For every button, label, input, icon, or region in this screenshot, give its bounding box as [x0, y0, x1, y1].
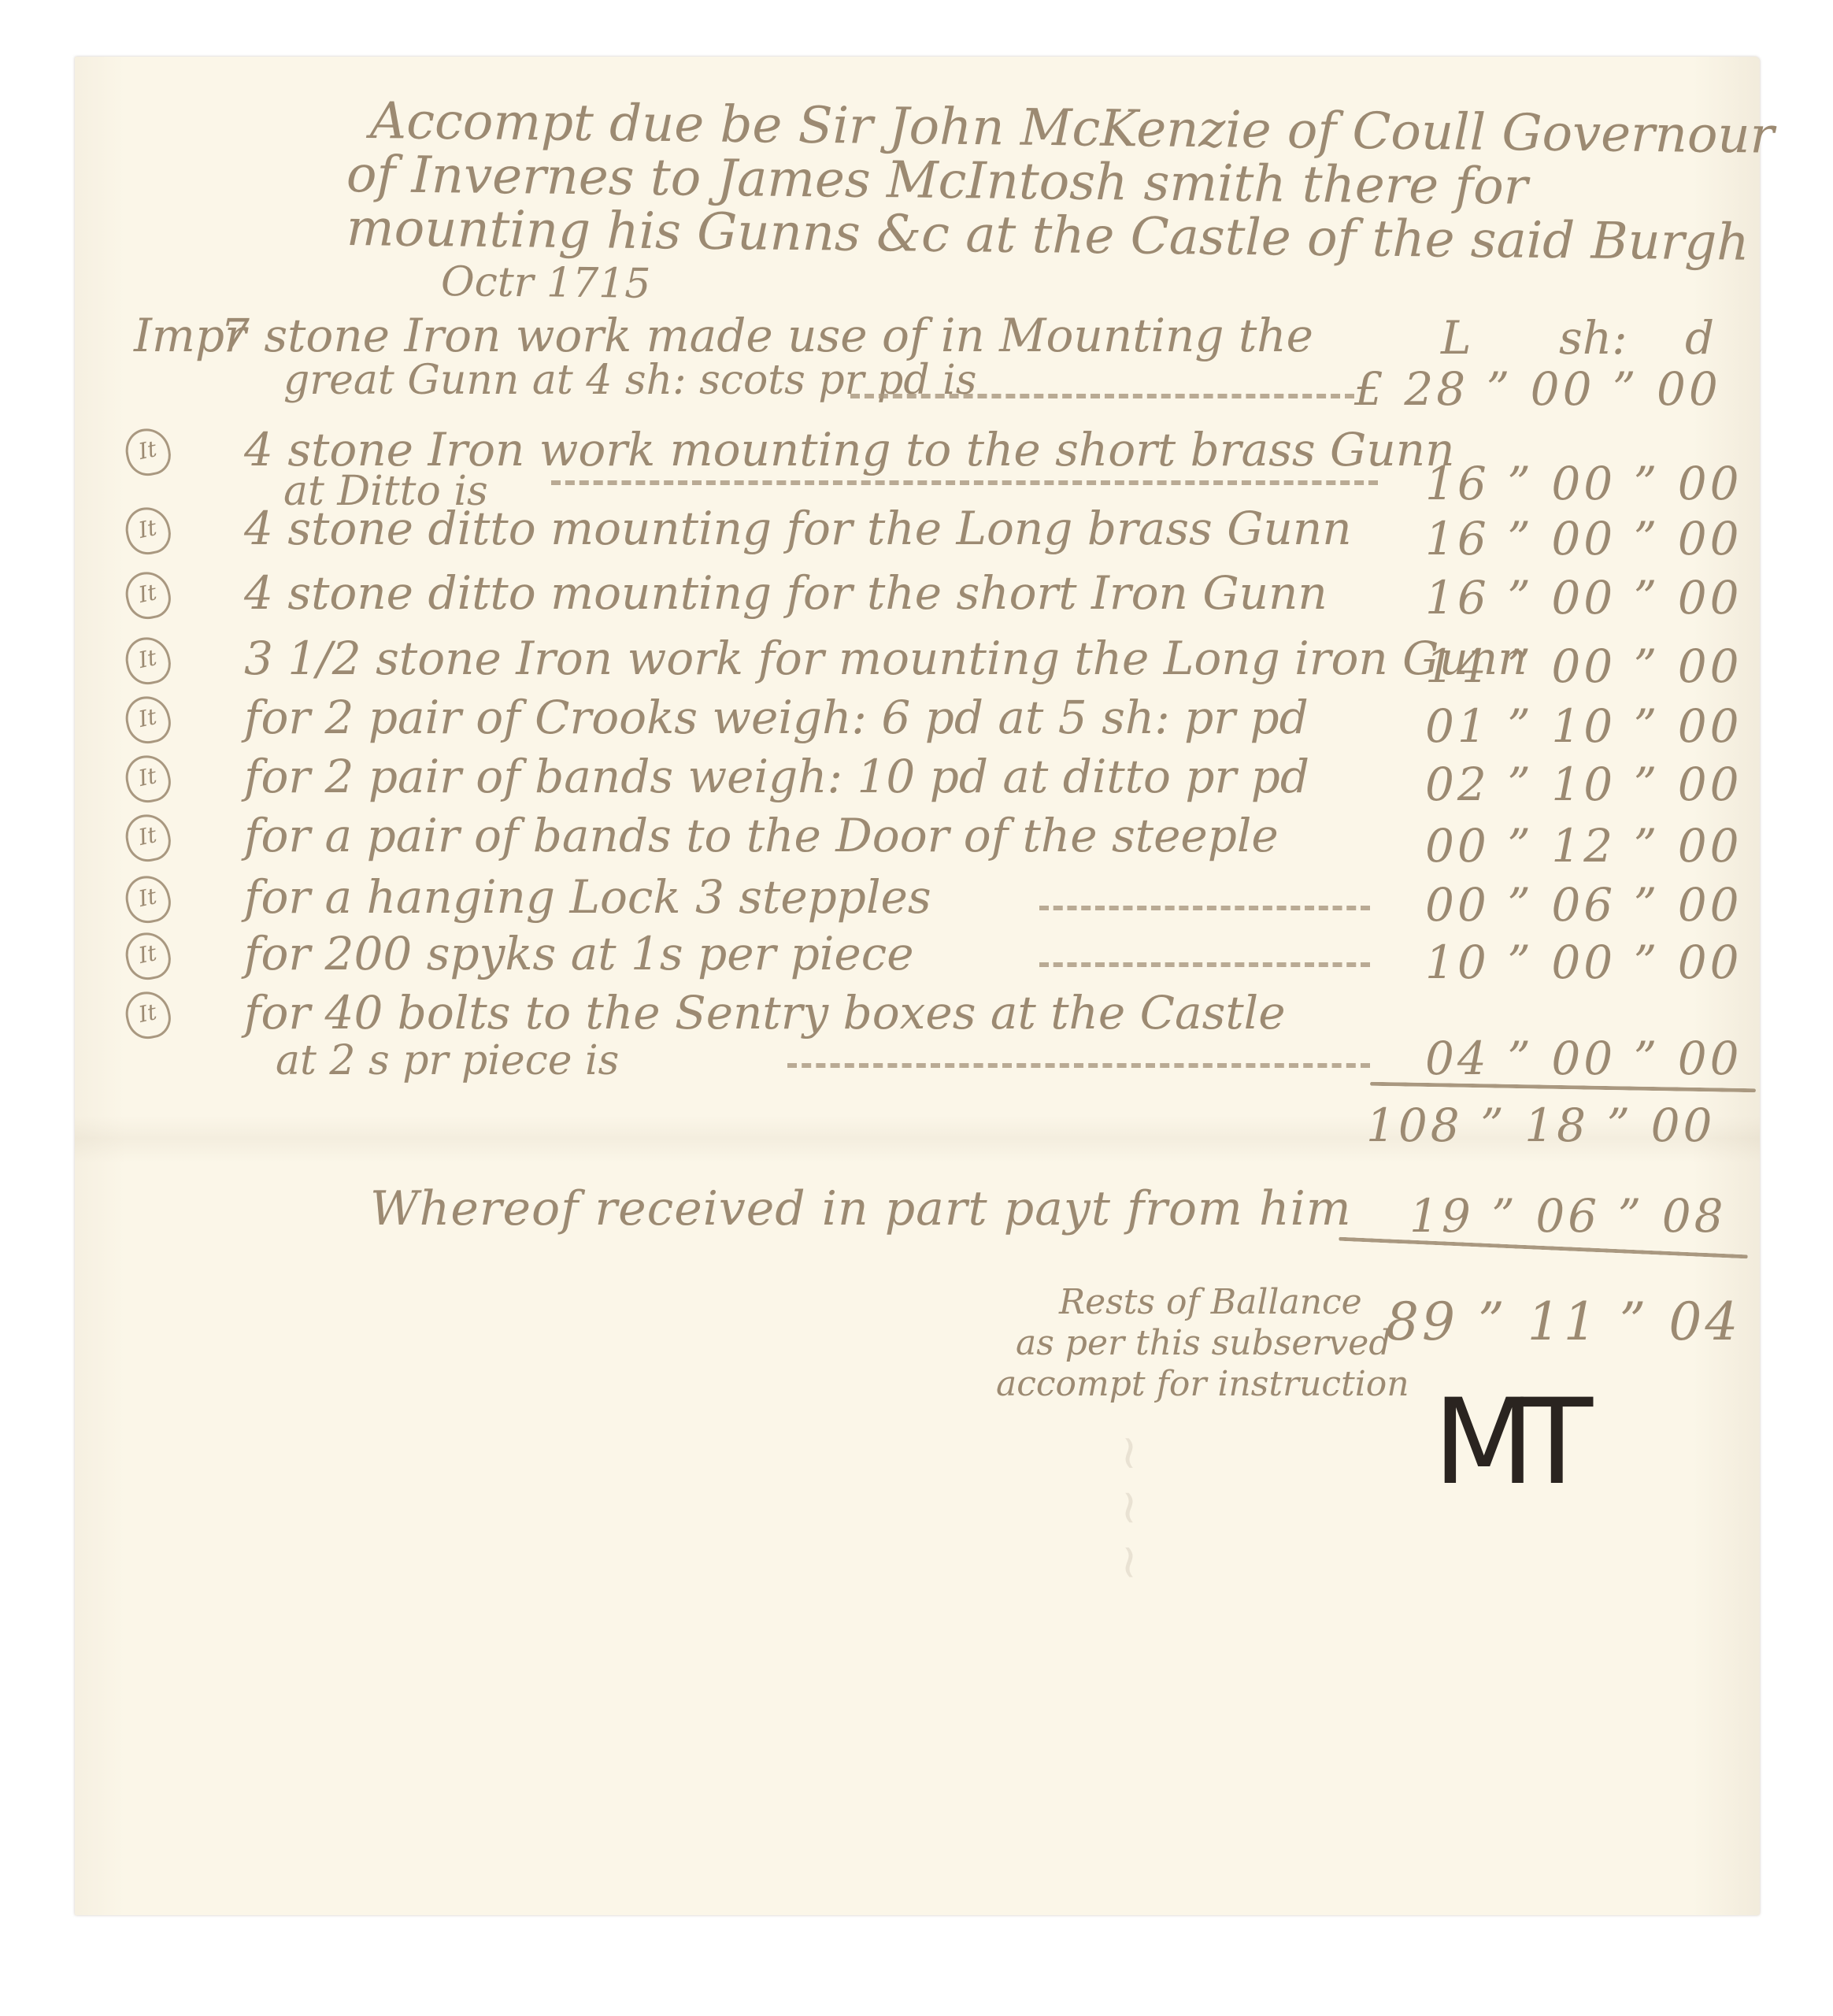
leader-dashes [787, 1063, 1370, 1073]
entry-amount: 16 ” 00 ” 00 [1425, 512, 1742, 565]
entry-description: for 2 pair of bands weigh: 10 pd at ditt… [244, 752, 1309, 801]
entry-amount: 10 ” 00 ” 00 [1425, 936, 1742, 989]
item-mark-icon: It [121, 988, 174, 1043]
entry-amount: 04 ” 00 ” 00 [1425, 1032, 1742, 1085]
amount-shillings: 10 [1551, 699, 1616, 753]
amount-shillings: 00 [1551, 571, 1616, 624]
balance-amount: 89 ” 11 ” 04 [1386, 1291, 1741, 1352]
amount-shillings: 00 [1551, 1032, 1616, 1085]
amount-pence: 00 [1678, 758, 1742, 811]
amount-pence: 00 [1678, 699, 1742, 753]
entry-amount: 00 ” 06 ” 00 [1425, 878, 1742, 932]
amount-pence: 00 [1678, 936, 1742, 989]
entry-description: for 200 spyks at 1s per piece [244, 929, 914, 978]
amount-shillings: 00 [1551, 457, 1616, 510]
entry-description: for a pair of bands to the Door of the s… [244, 811, 1279, 860]
entry-description: for 40 bolts to the Sentry boxes at the … [244, 988, 1286, 1037]
amount-pounds: 00 [1425, 819, 1490, 873]
entry-amount: 00 ” 12 ” 00 [1425, 819, 1742, 873]
balance-label-line-2: as per this subserved [1016, 1325, 1390, 1362]
item-mark-icon: It [121, 928, 174, 984]
amount-pounds: 04 [1425, 1032, 1490, 1085]
leader-dashes [1039, 906, 1370, 915]
amount-shillings: 00 [1551, 639, 1616, 693]
received-label: Whereof received in part payt from him [370, 1181, 1352, 1236]
entry-description: 7 stone Iron work made use of in Mountin… [220, 311, 1313, 360]
amount-pounds: 00 [1425, 878, 1490, 932]
item-mark-icon: It [121, 751, 174, 806]
amount-shillings: 00 [1551, 936, 1616, 989]
amount-pounds: 10 [1425, 936, 1490, 989]
entry-amount: 16 ” 00 ” 00 [1425, 457, 1742, 510]
item-mark-icon: It [121, 810, 174, 865]
total-pounds: 108 [1366, 1099, 1463, 1152]
entry-amount: 16 ” 00 ” 00 [1425, 571, 1742, 624]
entry-amount: 01 ” 10 ” 00 [1425, 699, 1742, 753]
amount-shillings: 12 [1551, 819, 1616, 873]
entry-amount: 02 ” 10 ” 00 [1425, 758, 1742, 811]
balance-pence: 04 [1668, 1291, 1741, 1352]
leader-dashes [551, 480, 1378, 490]
account-heading: Accompt due be Sir John McKenzie of Coul… [370, 94, 1748, 309]
amount-pence: 00 [1678, 571, 1742, 624]
entry-description: 4 stone ditto mounting for the Long bras… [244, 504, 1352, 553]
amount-pence: 00 [1678, 512, 1742, 565]
amount-pounds: 16 [1425, 571, 1490, 624]
amount-pence: 00 [1678, 1032, 1742, 1085]
entry-description: 4 stone Iron work mounting to the short … [244, 425, 1454, 474]
amount-pence: 00 [1678, 878, 1742, 932]
amount-pounds: 01 [1425, 699, 1490, 753]
leader-dashes [1039, 962, 1370, 972]
leader-dashes [850, 394, 1354, 403]
entry-amount: £ 28 ” 00 ” 00 [1354, 362, 1721, 416]
amount-pounds: 16 [1425, 512, 1490, 565]
received-pence: 08 [1662, 1189, 1727, 1243]
entry-description-cont: at 2 s pr piece is [276, 1039, 619, 1083]
account-entry: Impr 7 stone Iron work made use of in Mo… [126, 311, 1748, 369]
show-through-ink: ~ ~ ~ [1102, 1433, 1157, 1582]
amount-shillings: 06 [1551, 878, 1616, 932]
amount-pence: 00 [1678, 457, 1742, 510]
entry-description: for 2 pair of Crooks weigh: 6 pd at 5 sh… [244, 693, 1309, 742]
received-shillings: 06 [1535, 1189, 1600, 1243]
entry-description: 3 1/2 stone Iron work for mounting the L… [244, 634, 1527, 683]
signature-mark: MT [1433, 1374, 1579, 1511]
balance-label-line-3: accompt for instruction [996, 1366, 1409, 1403]
amount-pounds: 02 [1425, 758, 1490, 811]
amount-pounds: 14 [1425, 639, 1490, 693]
amount-pounds: 16 [1425, 457, 1490, 510]
received-pounds: 19 [1409, 1189, 1474, 1243]
entry-amount: 14 ” 00 ” 00 [1425, 639, 1742, 693]
amount-pence: 00 [1657, 362, 1721, 416]
item-mark-icon: It [121, 424, 174, 480]
balance-shillings: 11 [1527, 1291, 1600, 1352]
total-shillings: 18 [1524, 1099, 1589, 1152]
item-mark-icon: It [121, 503, 174, 558]
amount-shillings: 00 [1531, 362, 1595, 416]
total-pence: 00 [1651, 1099, 1716, 1152]
entry-description: 4 stone ditto mounting for the short Iro… [244, 569, 1328, 617]
item-mark-icon: It [121, 568, 174, 623]
received-amount: 19 ” 06 ” 08 [1409, 1189, 1727, 1243]
total-amount: 108 ” 18 ” 00 [1366, 1099, 1715, 1152]
amount-pence: 00 [1678, 639, 1742, 693]
amount-shillings: 00 [1551, 512, 1616, 565]
item-mark-icon: It [121, 692, 174, 747]
balance-label-line-1: Rests of Ballance [1059, 1284, 1362, 1321]
balance-pounds: 89 [1386, 1291, 1458, 1352]
amount-pence: 00 [1678, 819, 1742, 873]
entry-description: for a hanging Lock 3 stepples [244, 873, 931, 921]
amount-pounds: £ 28 [1354, 362, 1468, 416]
amount-shillings: 10 [1551, 758, 1616, 811]
item-mark-icon: It [121, 872, 174, 927]
item-mark-icon: It [121, 633, 174, 688]
